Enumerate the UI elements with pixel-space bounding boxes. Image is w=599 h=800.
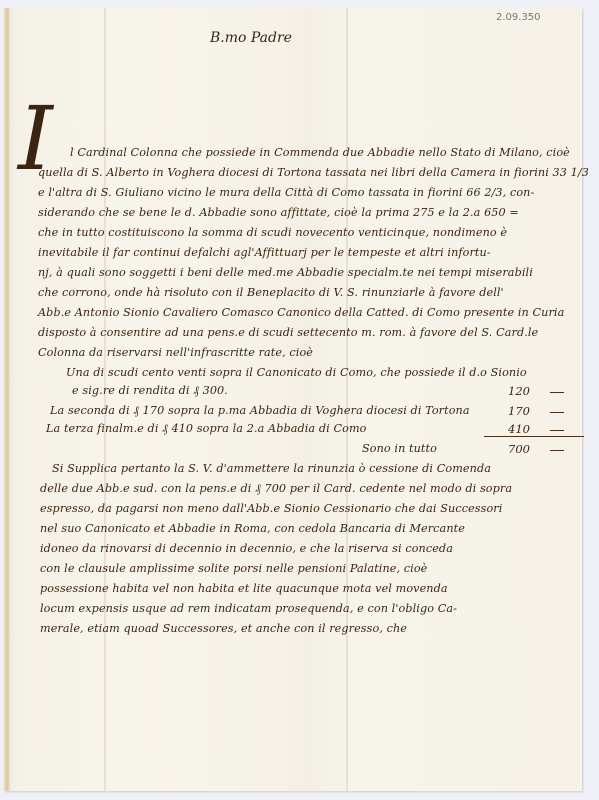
text-line: con le clausule amplissime solite porsi … (40, 562, 427, 575)
pension-item-text: e sig.re di rendita di ₰ 300. (72, 384, 228, 397)
text-line: che corrono, onde hà risoluto con il Ben… (38, 286, 504, 299)
text-line: idoneo da rinovarsi di decennio in decen… (40, 542, 453, 555)
text-line: nj, à quali sono soggetti i beni delle m… (38, 266, 533, 279)
dash (550, 392, 564, 393)
text-line: delle due Abb.e sud. con la pens.e di ₰ … (40, 482, 512, 495)
text-line: siderando che se bene le d. Abbadie sono… (38, 206, 519, 219)
text-line: Colonna da riservarsi nell'infrascritte … (38, 346, 313, 359)
text-line: che in tutto costituiscono la somma di s… (38, 226, 507, 239)
text-line: l Cardinal Colonna che possiede in Comme… (70, 146, 570, 159)
text-line: e l'altra di S. Giuliano vicino le mura … (38, 186, 534, 199)
pension-item-text: La seconda di ₰ 170 sopra la p.ma Abbadi… (50, 404, 470, 417)
reference-number: 2.09.350 (496, 12, 541, 23)
pension-item-text: Una di scudi cento venti sopra il Canoni… (66, 366, 527, 379)
text-line: possessione habita vel non habita et lit… (40, 582, 448, 595)
sum-rule (484, 436, 584, 437)
salutation: B.mo Padre (210, 30, 292, 46)
text-line: nel suo Canonicato et Abbadie in Roma, c… (40, 522, 465, 535)
text-line: merale, etiam quoad Successores, et anch… (40, 622, 407, 635)
binding-edge (4, 8, 10, 791)
manuscript-page (4, 8, 582, 791)
pension-item-text: La terza finalm.e di ₰ 410 sopra la 2.a … (46, 422, 367, 435)
text-line: Abb.e Antonio Sionio Cavaliero Comasco C… (38, 306, 564, 319)
fold-line (346, 8, 348, 791)
pension-amount: 120 (508, 384, 530, 398)
dash (550, 412, 564, 413)
pension-amount: 410 (508, 422, 530, 436)
fold-line (104, 8, 106, 791)
total-amount: 700 (508, 442, 530, 456)
text-line: inevitabile il far continui defalchi agl… (38, 246, 491, 259)
pension-amount: 170 (508, 404, 530, 418)
text-line: Si Supplica pertanto la S. V. d'ammetter… (52, 462, 491, 475)
text-line: espresso, da pagarsi non meno dall'Abb.e… (40, 502, 502, 515)
dash (550, 430, 564, 431)
text-line: disposto à consentire ad una pens.e di s… (38, 326, 538, 339)
text-line: locum expensis usque ad rem indicatam pr… (40, 602, 457, 615)
text-line: quella di S. Alberto in Voghera diocesi … (38, 166, 589, 179)
total-label: Sono in tutto (362, 442, 437, 455)
dash (550, 450, 564, 451)
